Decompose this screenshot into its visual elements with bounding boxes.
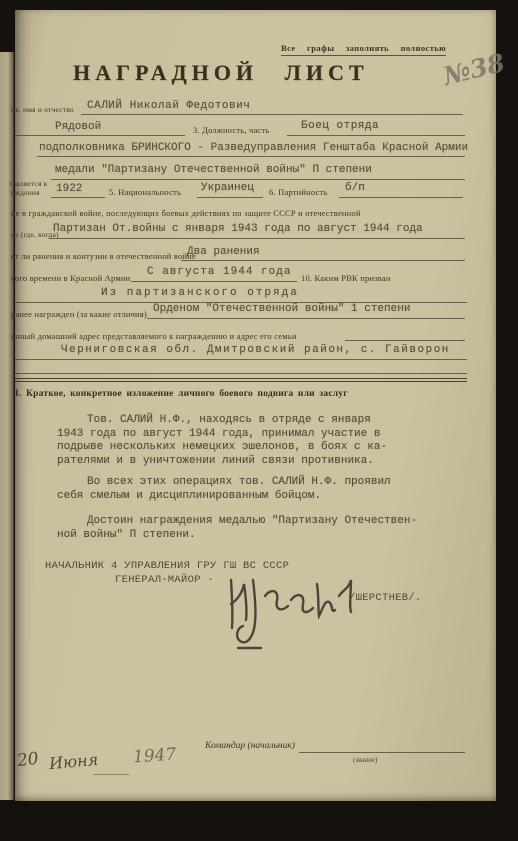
nationality-field-value: Украинец (201, 182, 254, 194)
previous-awards-value: Орденом "Отечественной войны" 1 степени (153, 303, 410, 315)
home-address-label: янный домашний адрес представляемого к н… (11, 331, 297, 341)
birth-year-field-value: 1922 (56, 183, 82, 195)
war-where-value: Партизан От.войны с января 1943 года по … (53, 223, 423, 235)
chief-surname: /ШЕРСТНЕВ/. (349, 592, 422, 604)
field-underline (15, 373, 467, 374)
section-divider (15, 378, 467, 379)
field-underline (15, 135, 185, 136)
rvk-field-label: 10. Каким РВК призван (301, 273, 391, 283)
wounds-field-label: ет ли ранения и контузии в отечественной… (11, 251, 196, 261)
adjacent-page-edge (0, 52, 14, 800)
field-underline (181, 260, 465, 261)
name-field-label: ия, имя и отчество (11, 105, 74, 114)
birth-year-field-label: ождения (11, 188, 40, 197)
field-underline (49, 238, 465, 239)
party-field-label: 6. Партийность (269, 187, 328, 197)
field-underline (197, 197, 263, 198)
merit-section-heading: I. Краткое, конкретное изложение личного… (15, 389, 348, 399)
position-field-label: 3. Должность, часть (193, 125, 269, 135)
handwritten-date-day: 20 (16, 749, 40, 771)
document-title: НАГРАДНОЙ ЛИСТ (73, 60, 369, 86)
war-participation-label: ие в гражданской войне, последующих боев… (11, 208, 361, 218)
previous-awards-label: ранее награжден (за какие отличия) (11, 309, 147, 319)
merit-paragraph-1: Тов. САЛИЙ Н.Ф., находясь в отряде с янв… (57, 414, 477, 468)
field-underline (51, 179, 465, 180)
field-underline (339, 197, 463, 198)
rank-field-value: Рядовой (55, 121, 101, 133)
nationality-field-label: 5. Национальность (109, 187, 181, 197)
scanned-award-document: { "doc": { "note": "Все графы заполнять … (0, 0, 518, 841)
home-address-value: Черниговская обл. Дмитровский район, с. … (61, 344, 450, 356)
section-divider (15, 381, 467, 382)
handwritten-page-number: №38 (440, 48, 507, 91)
award-field-label: тавляется к (9, 179, 48, 188)
name-field-value: САЛИЙ Николай Федотович (87, 100, 250, 112)
field-underline (15, 359, 467, 360)
field-underline (131, 281, 297, 282)
handwritten-date-year: 1947 (132, 745, 177, 768)
wounds-field-value: Два ранения (187, 246, 260, 258)
fill-all-fields-note: Все графы заполнять полностью (281, 43, 446, 56)
award-sheet-page: Все графы заполнять полностью №38 НАГРАД… (15, 10, 496, 801)
rank-hint-label: (звание) (353, 756, 377, 764)
signature-underline (299, 752, 465, 753)
field-underline (81, 114, 463, 115)
handwritten-date-month: Июня (48, 750, 99, 773)
unit-field-value: подполковника БРИНСКОГО - Разведуправлен… (39, 142, 468, 154)
field-underline (147, 318, 465, 319)
field-underline (287, 135, 465, 136)
service-field-label: кого времени в Красной Армии (11, 273, 130, 283)
commander-signature-label: Командир (начальник) (205, 741, 295, 751)
field-underline (345, 340, 465, 341)
service-field-value: С августа 1944 года (147, 266, 291, 278)
commander-signature (223, 562, 358, 657)
party-field-value: б/п (345, 182, 365, 194)
merit-paragraph-2: Во всех этих операциях тов. САЛИЙ Н.Ф. п… (57, 476, 477, 503)
chief-rank-line: ГЕНЕРАЛ-МАЙОР - (115, 574, 214, 586)
date-underline (93, 774, 129, 775)
rvk-field-value: Из партизанского отряда (101, 287, 299, 299)
award-field-value: медали "Партизану Отечественной войны" П… (55, 164, 372, 176)
field-underline (37, 156, 465, 157)
merit-paragraph-3: Достоин награждения медалью "Партизану О… (57, 515, 477, 542)
position-field-value: Боец отряда (301, 120, 379, 132)
field-underline (51, 197, 105, 198)
